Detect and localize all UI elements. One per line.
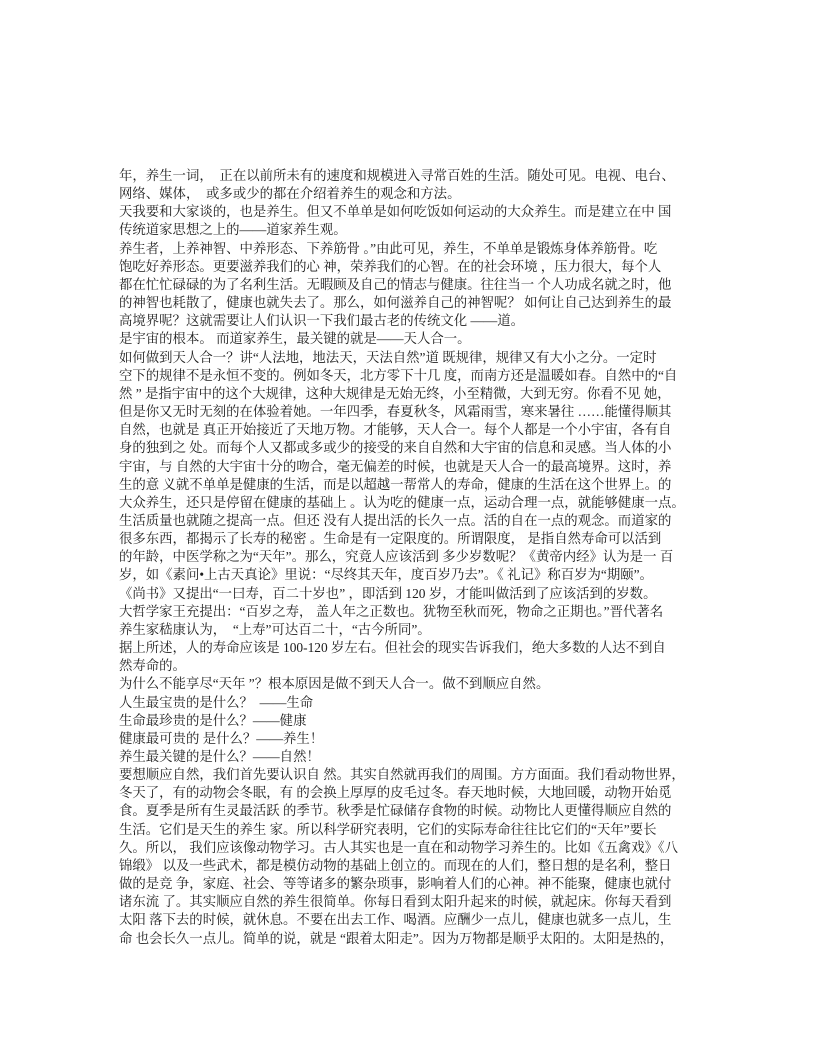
document-page: 年，养生一词， 正在以前所未有的速度和规模进入寻常百姓的生活。随处可见。电视、电… [0,0,816,1056]
document-body-text: 年，养生一词， 正在以前所未有的速度和规模进入寻常百姓的生活。随处可见。电视、电… [119,167,701,948]
